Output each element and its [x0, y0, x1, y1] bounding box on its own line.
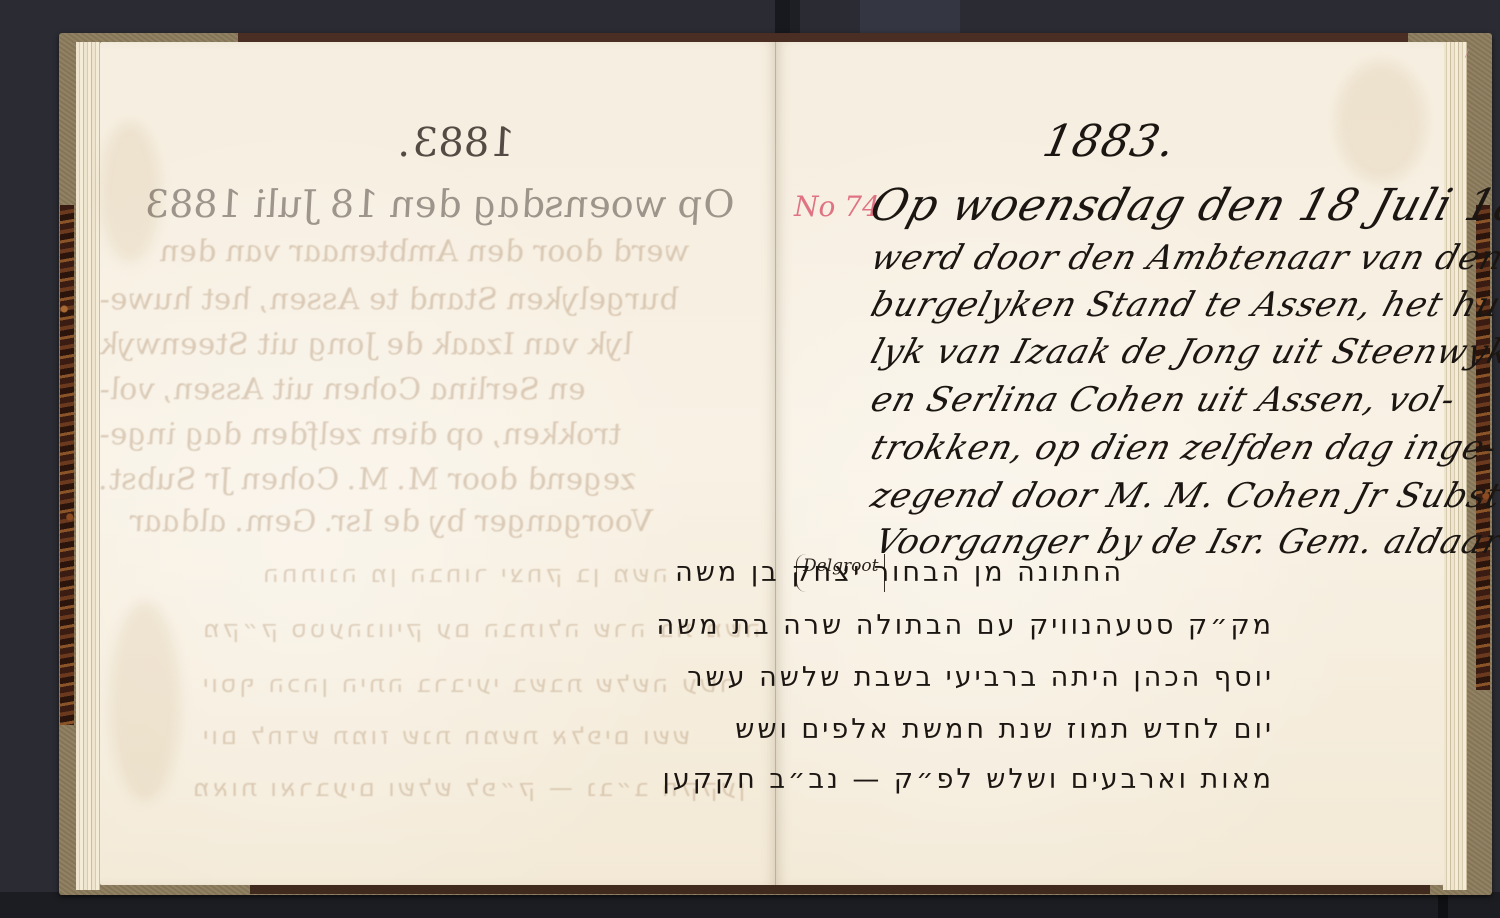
book-spine-top — [238, 33, 1408, 42]
hebrew-line: מאות וארבעים ושלש לפ״ק — נב״ב חקקען — [663, 764, 1274, 795]
paper-stain — [110, 602, 180, 802]
show-through-hebrew-line: יוסף הכהן היתה ברביעי בשבת שלשה עשר — [200, 670, 733, 698]
show-through-hebrew-line: יום לחדש תמוז שנת חמשת אלפים ושש — [200, 722, 690, 750]
entry-line: zegend door M. M. Cohen Jr Subst. — [866, 476, 1500, 516]
background-panel-seam — [1438, 892, 1448, 918]
entry-heading: Op woensdag den 18 Juli 1883 — [865, 180, 1500, 231]
show-through-line: werd door den Ambtenaar van den — [156, 234, 694, 269]
entry-number: No 74 — [794, 190, 880, 223]
entry-line: trokken, op dien zelfden dag inge- — [866, 428, 1500, 468]
show-through-line: trokken, op dien zelfden dag inge- — [96, 417, 626, 452]
show-through-line: burgelyken Stand te Assen, het huwe- — [96, 282, 683, 317]
book-spine-bottom — [250, 884, 1430, 894]
marbled-board-edge-left — [60, 205, 74, 725]
paper-stain — [1336, 62, 1426, 182]
entry-line: werd door den Ambtenaar van den — [866, 238, 1500, 278]
entry-line: en Serlina Cohen uit Assen, vol- — [866, 380, 1460, 420]
left-page: 1883. Op woensdag den 18 Juli 1883 werd … — [100, 42, 776, 885]
right-page: 1883. No 74 Op woensdag den 18 Juli 1883… — [776, 42, 1444, 885]
show-through-hebrew-line: החתונה מן הבחור יצחק בן משה — [260, 560, 668, 588]
show-through-heading: Op woensdag den 18 Juli 1883 — [140, 182, 740, 226]
hebrew-line: החתונה מן הבחור יצחק בן משה — [675, 557, 1124, 588]
hebrew-line: יום לחדש תמוז שנת חמשת אלפים ושש — [735, 714, 1274, 745]
hebrew-line: מק״ק סטעהנוויק עם הבתולה שרה בת משה — [657, 610, 1274, 641]
show-through-line: lyk van Izaak de Jong uit Steenwyk — [96, 327, 637, 362]
hebrew-line: יוסף הכהן היתה ברביעי בשבת שלשה עשר — [687, 662, 1274, 693]
show-through-line: Voorganger by de Isr. Gem. aldaar — [126, 504, 657, 539]
show-through-line: en Serlina Cohen uit Assen, vol- — [96, 372, 591, 407]
entry-line: burgelyken Stand te Assen, het huwe- — [866, 285, 1500, 325]
entry-line: Voorganger by de Isr. Gem. aldaar — [870, 522, 1500, 562]
entry-year: 1883. — [1039, 116, 1181, 167]
show-through-line: zegend door M. M. Cohen Jr Subst. — [96, 462, 641, 497]
show-through-year: 1883. — [394, 120, 520, 166]
page-stack-edge-left — [76, 42, 100, 890]
background-table-edge — [0, 892, 1500, 918]
entry-line: lyk van Izaak de Jong uit Steenwyk — [866, 332, 1500, 372]
background-panel-band — [860, 0, 960, 34]
